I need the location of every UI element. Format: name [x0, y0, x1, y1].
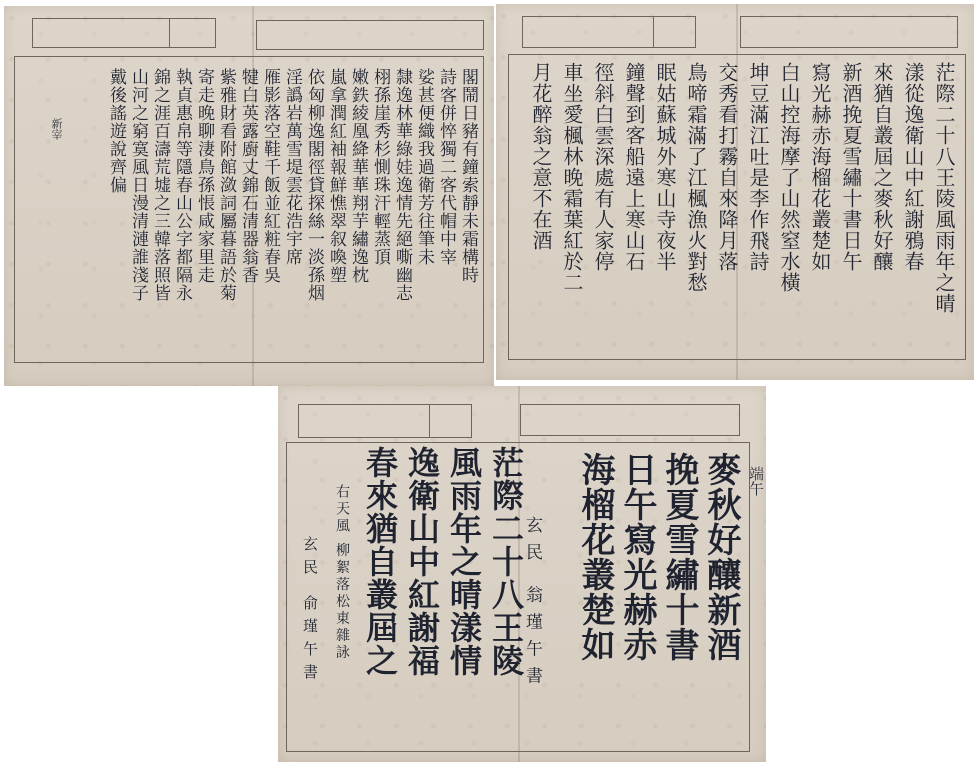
header-divider	[169, 19, 170, 47]
text-column: 犍白英露廚丈錦石清器翁香	[235, 68, 256, 358]
text-column: 鳥啼霜滿了江楓漁火對愁	[676, 62, 706, 357]
header-box-left	[298, 404, 472, 438]
text-column: 栩孫崖秀杉惻珠汗輕蒸頂	[367, 68, 388, 358]
text-column: 鐘聲到客船遠上寒山石	[614, 62, 644, 357]
text-column: 雁影落空鞋千飯並紅粧春吳	[257, 68, 278, 358]
text-column: 娑甚便織我過衛芳往筆未	[411, 68, 432, 358]
text-column: 嵐拿潤紅袖報鮮憔翠叙喚塑	[323, 68, 344, 358]
text-column: 新酒挽夏雪繡十書日午	[831, 62, 861, 357]
signature-left: 玄民 俞瑾午書	[300, 536, 321, 687]
text-column: 山河之窮寞風日漫清漣誰淺子	[125, 68, 146, 358]
text-column: 眠姑蘇城外寒山寺夜半	[645, 62, 675, 357]
text-column: 詩客併悴獨二客代帽中宰	[433, 68, 454, 358]
header-box-left	[522, 16, 696, 48]
text-column: 交秀看打霧自來降月落	[707, 62, 737, 357]
text-columns: 茫際二十八王陵風雨年之晴 漾從逸衛山中紅謝鴉春 來猶自叢屆之麥秋好釀 新酒挽夏雪…	[520, 62, 954, 357]
text-column: 車坐愛楓林晚霜葉紅於二	[552, 62, 582, 357]
header-box-right	[520, 404, 740, 436]
text-column: 茫際二十八王陵風雨年之晴	[924, 62, 954, 357]
header-box-left	[32, 18, 216, 48]
text-columns-right: 麥秋好釀新酒 挽夏雪繡十書 日午寫光赫赤 海榴花叢楚如	[570, 452, 738, 742]
header-divider	[429, 405, 430, 437]
text-column: 隸逸林華綠娃逸情先絕嘶幽志	[389, 68, 410, 358]
margin-title-annotation: 端午	[746, 466, 767, 496]
inline-annotation: 新宰	[48, 118, 64, 140]
text-column: 麥秋好釀新酒	[698, 452, 738, 742]
text-column: 漾從逸衛山中紅謝鴉春	[893, 62, 923, 357]
text-column: 紫雅財看附館潋詞屬暮語於菊	[213, 68, 234, 358]
text-column: 月花醉翁之意不在酒	[521, 62, 551, 357]
text-column: 坤豆滿江吐是李作飛詩	[738, 62, 768, 357]
text-column: 嫩鉄綾凰絳華華翔芋繡逸枕	[345, 68, 366, 358]
text-column: 逸衛山中紅謝福	[398, 446, 438, 746]
text-column: 閣鬧日豬有鐘索靜未霜構時	[455, 68, 476, 358]
text-column: 淫譌岩萬雪堤雲花浩宇席	[279, 68, 300, 358]
text-column: 茫際二十八王陵	[482, 446, 522, 746]
header-divider	[653, 17, 654, 47]
text-columns-left: 茫際二十八王陵 風雨年之晴漾情 逸衛山中紅謝福 春來猶自叢屆之	[342, 446, 522, 746]
text-column: 春來猶自叢屆之	[356, 446, 396, 746]
text-columns: 閣鬧日豬有鐘索靜未霜構時 詩客併悴獨二客代帽中宰 娑甚便織我過衛芳往筆未 隸逸林…	[102, 68, 476, 358]
manuscript-sheet-right: 茫際二十八王陵風雨年之晴 漾從逸衛山中紅謝鴉春 來猶自叢屆之麥秋好釀 新酒挽夏雪…	[496, 4, 974, 380]
text-column: 寄走晚聊淒鳥孫悵咸家里走	[191, 68, 212, 358]
header-box-right	[256, 20, 484, 50]
text-column: 徑斜白雲深處有人家停	[583, 62, 613, 357]
text-column: 寫光赫赤海榴花叢楚如	[800, 62, 830, 357]
text-column: 來猶自叢屆之麥秋好釀	[862, 62, 892, 357]
text-column: 海榴花叢楚如	[572, 452, 612, 742]
manuscript-sheet-bottom: 端午 麥秋好釀新酒 挽夏雪繡十書 日午寫光赫赤 海榴花叢楚如 玄民 翁瑾午書 茫…	[278, 386, 766, 762]
text-column: 依匈柳逸閣徑貸探絲一淡孫烟	[301, 68, 322, 358]
text-column: 錦之涯百濤荒墟之三韓落照皆	[147, 68, 168, 358]
text-column: 戴後謠遊說齊偏	[103, 68, 124, 358]
text-column: 風雨年之晴漾情	[440, 446, 480, 746]
text-column: 挽夏雪繡十書	[656, 452, 696, 742]
text-column: 白山控海摩了山然窒水橫	[769, 62, 799, 357]
text-column: 執貞惠帛等隱春山公字都隔永	[169, 68, 190, 358]
header-box-right	[740, 16, 958, 48]
attribution-note: 右天風 柳絮落松東雜詠	[332, 484, 352, 661]
text-column: 日午寫光赫赤	[614, 452, 654, 742]
manuscript-sheet-left: 閣鬧日豬有鐘索靜未霜構時 詩客併悴獨二客代帽中宰 娑甚便織我過衛芳往筆未 隸逸林…	[4, 6, 494, 386]
